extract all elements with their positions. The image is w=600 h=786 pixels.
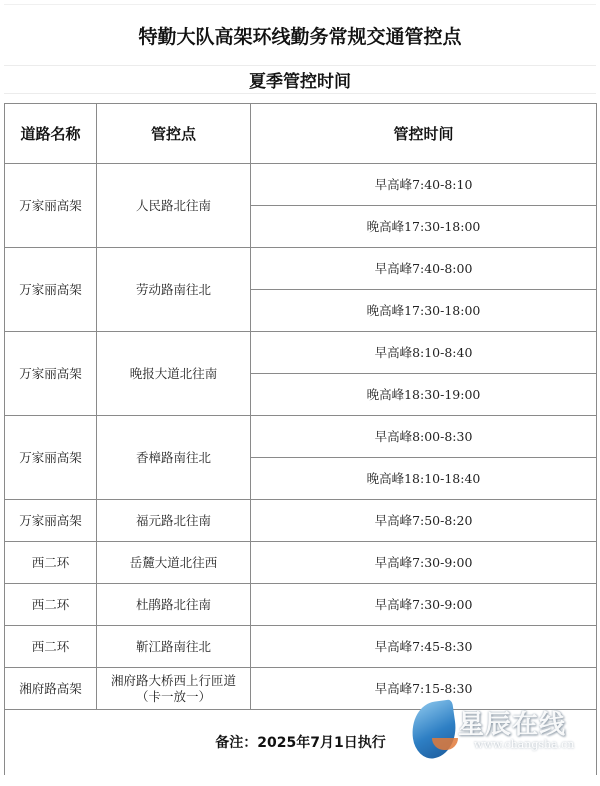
control-point-cell: 岳麓大道北往西 <box>97 542 251 584</box>
control-point-cell: 福元路北往南 <box>97 500 251 542</box>
table-row: 西二环 岳麓大道北往西 早高峰7:30-9:00 <box>5 542 597 584</box>
road-name-cell: 万家丽高架 <box>5 500 97 542</box>
control-point-cell: 湘府路大桥西上行匝道（卡一放一） <box>97 668 251 710</box>
control-time-cell: 早高峰8:10-8:40 <box>251 332 597 374</box>
control-time-cell: 晚高峰18:10-18:40 <box>251 458 597 500</box>
control-time-cell: 晚高峰18:30-19:00 <box>251 374 597 416</box>
control-schedule-table: 道路名称 管控点 管控时间 万家丽高架 人民路北往南 早高峰7:40-8:10 … <box>4 103 597 775</box>
table-row: 万家丽高架 晚报大道北往南 早高峰8:10-8:40 <box>5 332 597 374</box>
table-header-row: 道路名称 管控点 管控时间 <box>5 104 597 164</box>
control-time-cell: 早高峰7:15-8:30 <box>251 668 597 710</box>
control-time-cell: 晚高峰17:30-18:00 <box>251 290 597 332</box>
control-time-cell: 早高峰7:30-9:00 <box>251 584 597 626</box>
remark-row: 备注：2025年7月1日执行 <box>5 710 597 776</box>
road-name-cell: 万家丽高架 <box>5 248 97 332</box>
remark-text: 备注：2025年7月1日执行 <box>5 710 597 776</box>
control-time-cell: 晚高峰17:30-18:00 <box>251 206 597 248</box>
table-row: 湘府路高架 湘府路大桥西上行匝道（卡一放一） 早高峰7:15-8:30 <box>5 668 597 710</box>
header-control-time: 管控时间 <box>251 104 597 164</box>
table-row: 万家丽高架 人民路北往南 早高峰7:40-8:10 <box>5 164 597 206</box>
road-name-cell: 西二环 <box>5 626 97 668</box>
control-point-cell: 劳动路南往北 <box>97 248 251 332</box>
table-row: 万家丽高架 福元路北往南 早高峰7:50-8:20 <box>5 500 597 542</box>
table-row: 西二环 靳江路南往北 早高峰7:45-8:30 <box>5 626 597 668</box>
control-point-cell: 杜鹃路北往南 <box>97 584 251 626</box>
control-point-cell: 靳江路南往北 <box>97 626 251 668</box>
table-row: 万家丽高架 劳动路南往北 早高峰7:40-8:00 <box>5 248 597 290</box>
control-point-cell: 晚报大道北往南 <box>97 332 251 416</box>
road-name-cell: 万家丽高架 <box>5 332 97 416</box>
control-time-cell: 早高峰7:50-8:20 <box>251 500 597 542</box>
table-row: 西二环 杜鹃路北往南 早高峰7:30-9:00 <box>5 584 597 626</box>
control-time-cell: 早高峰7:40-8:00 <box>251 248 597 290</box>
road-name-cell: 万家丽高架 <box>5 164 97 248</box>
control-time-cell: 早高峰7:30-9:00 <box>251 542 597 584</box>
road-name-cell: 西二环 <box>5 542 97 584</box>
header-control-point: 管控点 <box>97 104 251 164</box>
control-point-cell: 人民路北往南 <box>97 164 251 248</box>
page-subtitle: 夏季管控时间 <box>4 65 596 94</box>
road-name-cell: 西二环 <box>5 584 97 626</box>
page-title: 特勤大队高架环线勤务常规交通管控点 <box>4 4 596 66</box>
control-time-cell: 早高峰7:40-8:10 <box>251 164 597 206</box>
control-time-cell: 早高峰7:45-8:30 <box>251 626 597 668</box>
control-point-cell: 香樟路南往北 <box>97 416 251 500</box>
table-row: 万家丽高架 香樟路南往北 早高峰8:00-8:30 <box>5 416 597 458</box>
road-name-cell: 湘府路高架 <box>5 668 97 710</box>
header-road-name: 道路名称 <box>5 104 97 164</box>
road-name-cell: 万家丽高架 <box>5 416 97 500</box>
control-time-cell: 早高峰8:00-8:30 <box>251 416 597 458</box>
